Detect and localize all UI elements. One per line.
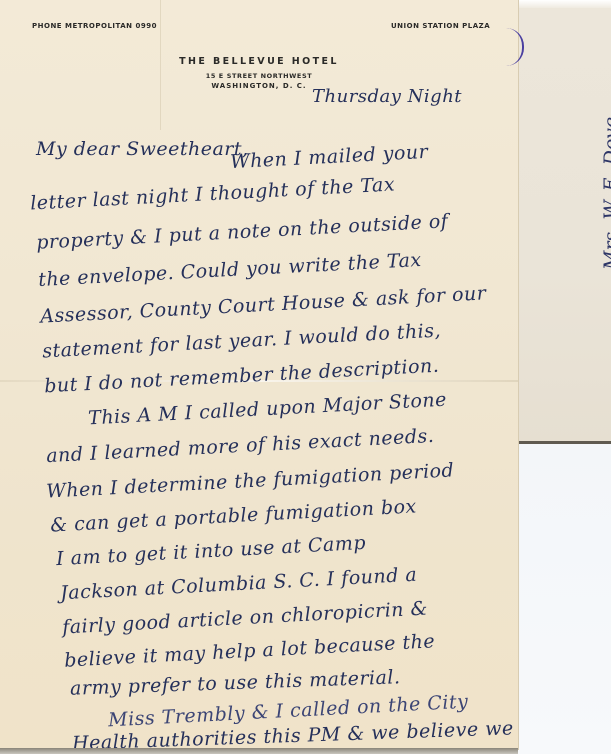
letter-line: When I mailed your [230,141,429,173]
letter-line: and I learned more of his exact needs. [46,425,435,467]
letterhead-location: UNION STATION PLAZA [391,22,490,30]
letter-line: I am to get it into use at Camp [56,532,367,570]
letter-line: fairly good article on chloropicrin & [62,597,429,638]
envelope-upper [517,0,611,443]
letter-date: Thursday Night [312,86,462,107]
letter-line: army prefer to use this material. [70,666,401,700]
letterhead-phone: PHONE METROPOLITAN 0990 [32,22,157,30]
letter-line: property & I put a note on the outside o… [36,210,449,254]
letter-line: believe it may help a lot because the [64,630,436,671]
letter-line: letter last night I thought of the Tax [30,173,396,214]
letterhead-street: 15 E STREET NORTHWEST [0,72,518,80]
envelope-lower [517,444,611,754]
envelope-address: Mrs. W. E. Dove Box 775 [600,117,611,270]
envelope-gloss [517,0,611,8]
letter-line: but I do not remember the description. [44,355,440,398]
letter-line: This A M I called upon Major Stone [88,389,448,430]
letterhead-hotel-name: THE BELLEVUE HOTEL [0,56,518,67]
letter-line: & can get a portable fumigation box [50,495,418,536]
letter-line: statement for last year. I would do this… [42,320,442,363]
letter-bottom-edge [0,748,518,754]
address-name: Mrs. W. E. Dove [600,117,611,270]
letter-salutation: My dear Sweetheart, [36,138,249,160]
letter-line: Jackson at Columbia S. C. I found a [60,564,418,605]
letter-page: PHONE METROPOLITAN 0990 UNION STATION PL… [0,0,518,750]
letter-line: the envelope. Could you write the Tax [38,249,422,291]
